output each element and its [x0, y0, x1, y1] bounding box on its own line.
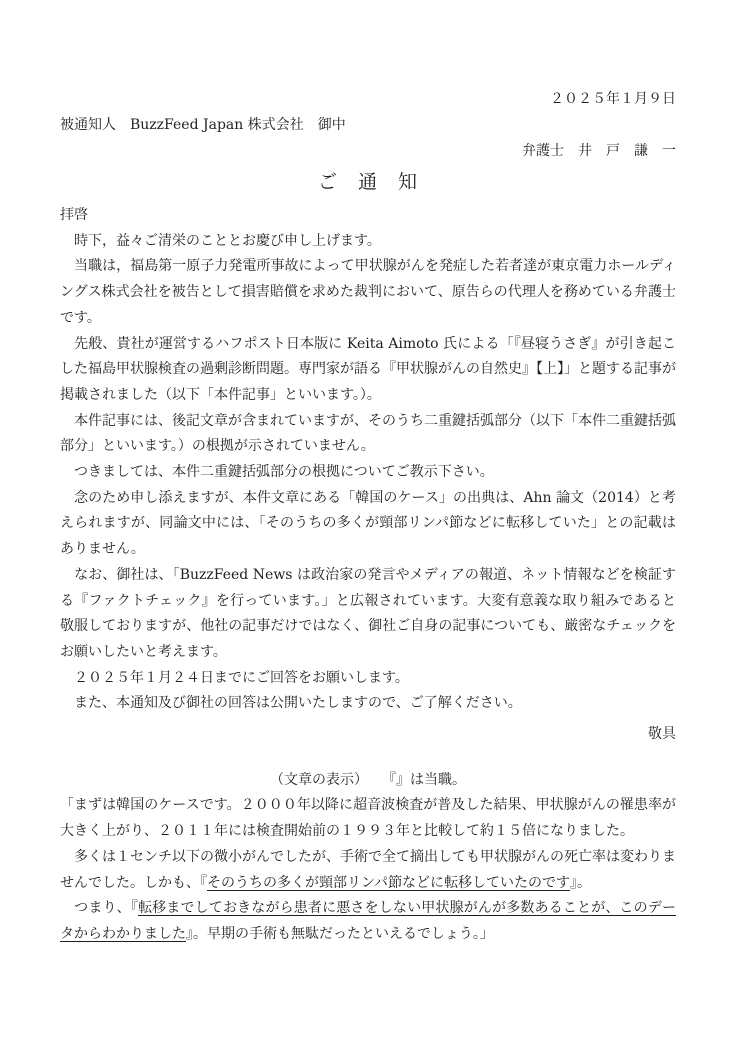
- letter-date: ２０２５年１月９日: [60, 86, 676, 112]
- quote-3-prefix: つまり、『: [60, 900, 138, 916]
- body-paragraph-9: また、本通知及び御社の回答は公開いたしますので、ご了解ください。: [60, 691, 676, 717]
- body-paragraph-5: つきましては、本件二重鍵括弧部分の根拠についてご教示下さい。: [60, 460, 676, 486]
- letter-page: ２０２５年１月９日 被通知人 BuzzFeed Japan 株式会社 御中 弁護…: [0, 0, 736, 1042]
- body-paragraph-6: 念のため申し添えますが、本件文章にある「韓国のケース」の出典は、Ahn 論文（2…: [60, 486, 676, 563]
- body-paragraph-3: 先般、貴社が運営するハフポスト日本版に Keita Aimoto 氏による「『昼…: [60, 332, 676, 409]
- quote-2-suffix: 』。: [570, 875, 591, 891]
- body-paragraph-2: 当職は，福島第一原子力発電所事故によって甲状腺がんを発症した若者達が東京電力ホー…: [60, 254, 676, 331]
- underlined-claim-1: そのうちの多くが頸部リンパ節などに転移していたのです: [207, 875, 570, 891]
- quote-paragraph-3: つまり、『転移までしておきながら患者に悪さをしない甲状腺がんが多数あることが、こ…: [60, 896, 676, 947]
- recipient-line: 被通知人 BuzzFeed Japan 株式会社 御中: [60, 112, 676, 138]
- body-paragraph-8: ２０２５年１月２４日までにご回答をお願いします。: [60, 666, 676, 692]
- quote-paragraph-1: 「まずは韓国のケースです。２０００年以降に超音波検査が普及した結果、甲状腺がんの…: [60, 793, 676, 844]
- quote-caption: （文章の表示） 『』は当職。: [60, 768, 676, 794]
- sender-line: 弁護士 井 戸 謙 一: [60, 138, 676, 164]
- salutation: 拝啓: [60, 203, 676, 229]
- quote-paragraph-2: 多くは１センチ以下の微小がんでしたが、手術で全て摘出しても甲状腺がんの死亡率は変…: [60, 845, 676, 896]
- body-paragraph-4: 本件記事には、後記文章が含まれていますが、そのうち二重鍵括弧部分（以下「本件二重…: [60, 409, 676, 460]
- letter-title: ご 通 知: [60, 168, 676, 196]
- closing-keigu: 敬具: [60, 722, 676, 748]
- body-paragraph-1: 時下，益々ご清栄のこととお慶び申し上げます。: [60, 229, 676, 255]
- quote-3-suffix: 』。早期の手術も無駄だったといえるでしょう。」: [186, 926, 494, 942]
- body-paragraph-7: なお、御社は、「BuzzFeed News は政治家の発言やメディアの報道、ネッ…: [60, 563, 676, 666]
